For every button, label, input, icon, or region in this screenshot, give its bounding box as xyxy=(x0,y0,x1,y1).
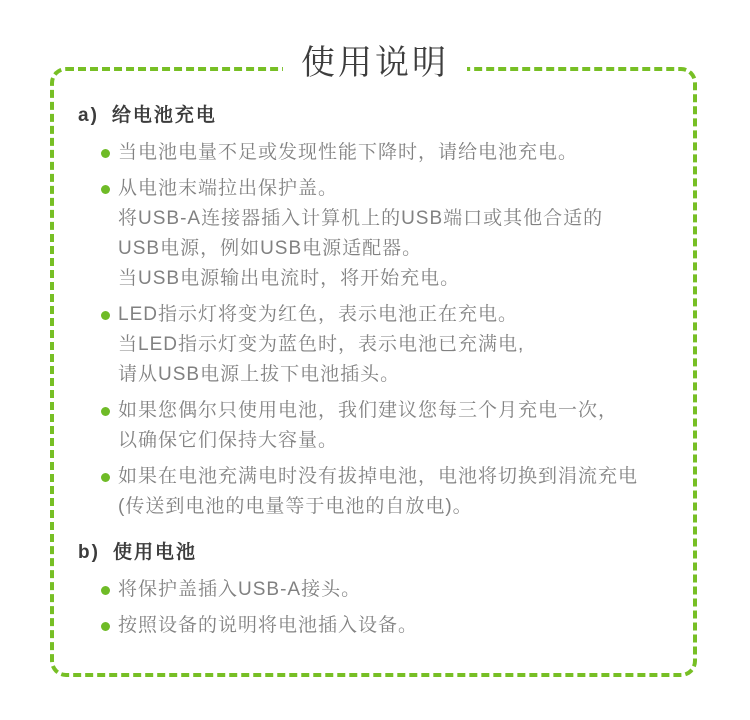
list-item: 按照设备的说明将电池插入设备。 xyxy=(101,611,658,641)
bullet-gutter xyxy=(101,149,118,158)
bullet-icon xyxy=(101,407,110,416)
list-item: 从电池末端拉出保护盖。 将USB-A连接器插入计算机上的USB端口或其他合适的 … xyxy=(101,174,658,294)
bullet-gutter xyxy=(101,311,118,320)
list-item: 如果在电池充满电时没有拔掉电池，电池将切换到涓流充电 (传送到电池的电量等于电池… xyxy=(101,462,658,522)
line-text: 如果在电池充满电时没有拔掉电池，电池将切换到涓流充电 xyxy=(118,462,638,492)
section-heading: a) 给电池充电 xyxy=(78,101,658,131)
bullet-icon xyxy=(101,473,110,482)
line-text: 当USB电源输出电流时，将开始充电。 xyxy=(118,264,460,294)
continuation-line: 将USB-A连接器插入计算机上的USB端口或其他合适的 xyxy=(101,204,658,234)
bullet-line: 从电池末端拉出保护盖。 xyxy=(101,174,658,204)
list-item: 当电池电量不足或发现性能下降时，请给电池充电。 xyxy=(101,138,658,168)
continuation-line: 当LED指示灯变为蓝色时，表示电池已充满电, xyxy=(101,330,658,360)
line-text: (传送到电池的电量等于电池的自放电)。 xyxy=(118,492,473,522)
section-title: 使用电池 xyxy=(113,538,197,568)
bullet-line: 将保护盖插入USB-A接头。 xyxy=(101,575,658,605)
line-text: 以确保它们保持大容量。 xyxy=(118,426,338,456)
bullet-line: 如果在电池充满电时没有拔掉电池，电池将切换到涓流充电 xyxy=(101,462,658,492)
continuation-line: 请从USB电源上拔下电池插头。 xyxy=(101,360,658,390)
list-item: 将保护盖插入USB-A接头。 xyxy=(101,575,658,605)
section-heading: b) 使用电池 xyxy=(78,538,658,568)
bullet-icon xyxy=(101,311,110,320)
bullet-icon xyxy=(101,586,110,595)
list-item: 如果您偶尔只使用电池，我们建议您每三个月充电一次， 以确保它们保持大容量。 xyxy=(101,396,658,456)
bullet-gutter xyxy=(101,473,118,482)
line-text: 将USB-A连接器插入计算机上的USB端口或其他合适的 xyxy=(118,204,603,234)
bullet-icon xyxy=(101,622,110,631)
line-text: 如果您偶尔只使用电池，我们建议您每三个月充电一次， xyxy=(118,396,618,426)
line-text: 请从USB电源上拔下电池插头。 xyxy=(118,360,400,390)
bullet-line: LED指示灯将变为红色，表示电池正在充电。 xyxy=(101,300,658,330)
continuation-line: 当USB电源输出电流时，将开始充电。 xyxy=(101,264,658,294)
instructions-content: a) 给电池充电 当电池电量不足或发现性能下降时，请给电池充电。 从电池末端拉出… xyxy=(78,101,658,647)
section-title: 给电池充电 xyxy=(112,101,217,131)
bullet-gutter xyxy=(101,407,118,416)
bullet-list: 当电池电量不足或发现性能下降时，请给电池充电。 从电池末端拉出保护盖。 将USB… xyxy=(101,138,658,522)
bullet-gutter xyxy=(101,622,118,631)
bullet-line: 当电池电量不足或发现性能下降时，请给电池充电。 xyxy=(101,138,658,168)
line-text: 从电池末端拉出保护盖。 xyxy=(118,174,338,204)
line-text: 按照设备的说明将电池插入设备。 xyxy=(118,611,418,641)
bullet-gutter xyxy=(101,185,118,194)
bullet-line: 如果您偶尔只使用电池，我们建议您每三个月充电一次， xyxy=(101,396,658,426)
bullet-list: 将保护盖插入USB-A接头。 按照设备的说明将电池插入设备。 xyxy=(101,575,658,641)
bullet-line: 按照设备的说明将电池插入设备。 xyxy=(101,611,658,641)
instruction-page: 使用说明 a) 给电池充电 当电池电量不足或发现性能下降时，请给电池充电。 xyxy=(0,0,750,720)
continuation-line: (传送到电池的电量等于电池的自放电)。 xyxy=(101,492,658,522)
bullet-gutter xyxy=(101,586,118,595)
line-text: 当电池电量不足或发现性能下降时，请给电池充电。 xyxy=(118,138,578,168)
section-charging-battery: a) 给电池充电 当电池电量不足或发现性能下降时，请给电池充电。 从电池末端拉出… xyxy=(78,101,658,522)
line-text: LED指示灯将变为红色，表示电池正在充电。 xyxy=(118,300,518,330)
section-label: a) xyxy=(78,101,99,131)
page-title: 使用说明 xyxy=(283,41,467,85)
bullet-icon xyxy=(101,149,110,158)
line-text: 将保护盖插入USB-A接头。 xyxy=(118,575,361,605)
continuation-line: USB电源，例如USB电源适配器。 xyxy=(101,234,658,264)
list-item: LED指示灯将变为红色，表示电池正在充电。 当LED指示灯变为蓝色时，表示电池已… xyxy=(101,300,658,390)
line-text: 当LED指示灯变为蓝色时，表示电池已充满电, xyxy=(118,330,524,360)
continuation-line: 以确保它们保持大容量。 xyxy=(101,426,658,456)
section-label: b) xyxy=(78,538,100,568)
bullet-icon xyxy=(101,185,110,194)
section-using-battery: b) 使用电池 将保护盖插入USB-A接头。 按照设备的说明将电池插入设备。 xyxy=(78,538,658,641)
line-text: USB电源，例如USB电源适配器。 xyxy=(118,234,422,264)
